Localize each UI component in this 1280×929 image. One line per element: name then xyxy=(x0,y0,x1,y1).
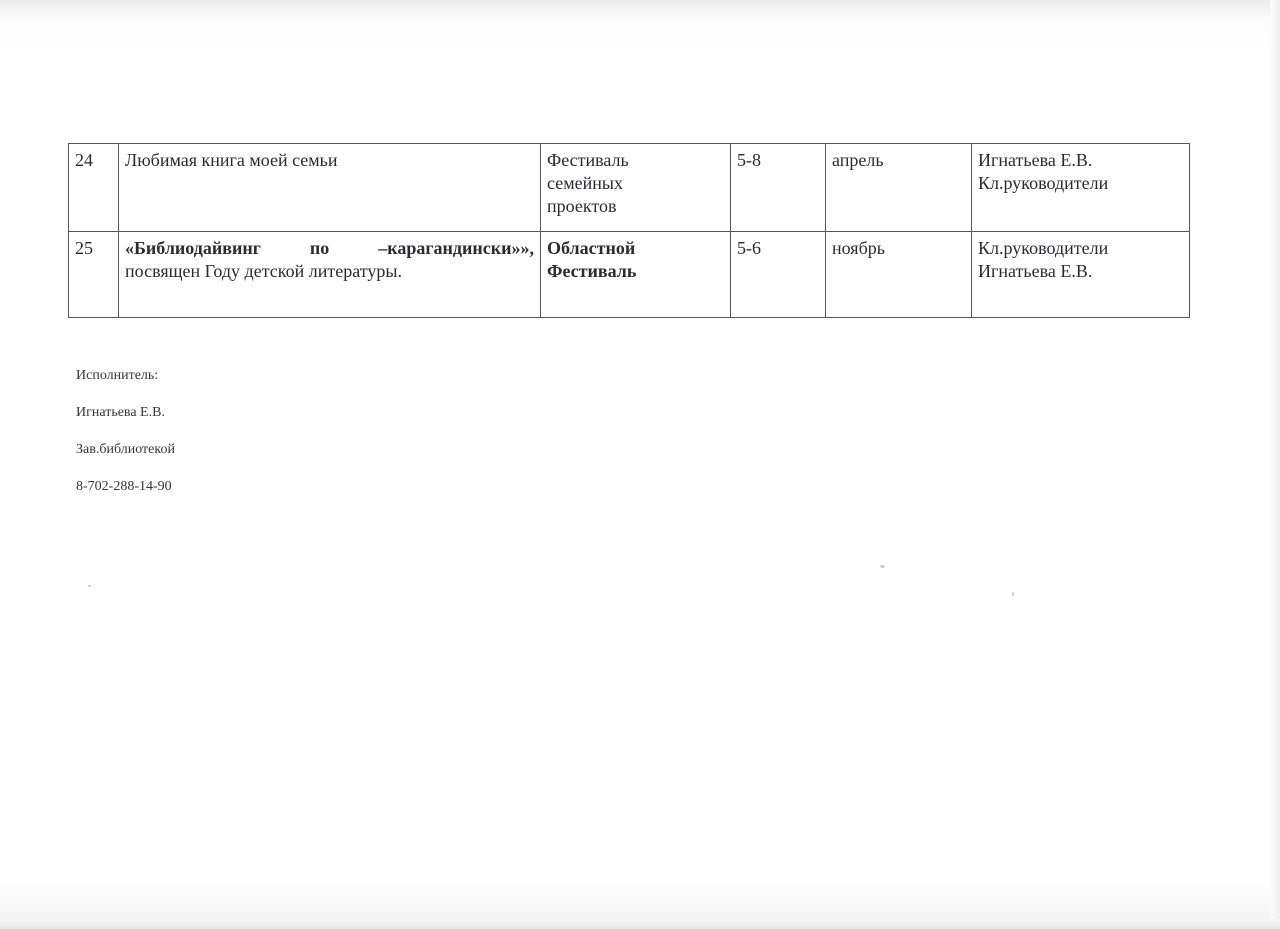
responsible-line: Кл.руководители xyxy=(978,237,1183,260)
event-grades: 5-8 xyxy=(731,144,826,232)
scanned-page: 24 Любимая книга моей семьи Фестиваль се… xyxy=(0,0,1280,929)
scan-speck xyxy=(880,565,885,568)
event-form-line: Фестиваль xyxy=(547,149,724,172)
page-edge-top xyxy=(0,0,1280,18)
page-edge-bottom xyxy=(0,919,1280,929)
event-name-line: Любимая книга моей семьи xyxy=(125,150,338,170)
event-month: ноябрь xyxy=(826,232,972,318)
event-grades: 5-6 xyxy=(731,232,826,318)
signature-block: Исполнитель: Игнатьева Е.В. Зав.библиоте… xyxy=(76,368,175,516)
executor-name: Игнатьева Е.В. xyxy=(76,405,175,421)
event-name-line: посвящен Году детской литературы. xyxy=(125,261,402,281)
event-responsible: Кл.руководители Игнатьева Е.В. xyxy=(972,232,1190,318)
table-row: 25 «Библиодайвинг по –карагандински»», п… xyxy=(69,232,1190,318)
event-form-line: Областной xyxy=(547,237,724,260)
executor-phone: 8-702-288-14-90 xyxy=(76,479,175,495)
event-responsible: Игнатьева Е.В. Кл.руководители xyxy=(972,144,1190,232)
events-table: 24 Любимая книга моей семьи Фестиваль се… xyxy=(68,143,1190,318)
executor-label: Исполнитель: xyxy=(76,368,175,384)
event-form-line: проектов xyxy=(547,195,724,218)
event-form-line: Фестиваль xyxy=(547,260,724,283)
event-form-line: семейных xyxy=(547,172,724,195)
event-name: «Библиодайвинг по –карагандински»», посв… xyxy=(119,232,541,318)
responsible-line: Кл.руководители xyxy=(978,172,1183,195)
event-form: Областной Фестиваль xyxy=(541,232,731,318)
responsible-line: Игнатьева Е.В. xyxy=(978,260,1183,283)
row-number: 24 xyxy=(69,144,119,232)
row-number: 25 xyxy=(69,232,119,318)
event-month: апрель xyxy=(826,144,972,232)
event-name: Любимая книга моей семьи xyxy=(119,144,541,232)
scan-speck xyxy=(88,585,91,587)
event-form: Фестиваль семейных проектов xyxy=(541,144,731,232)
table-row: 24 Любимая книга моей семьи Фестиваль се… xyxy=(69,144,1190,232)
scan-speck xyxy=(1012,592,1014,596)
page-edge-right xyxy=(1270,0,1280,929)
executor-position: Зав.библиотекой xyxy=(76,442,175,458)
responsible-line: Игнатьева Е.В. xyxy=(978,149,1183,172)
event-name-title: «Библиодайвинг по –карагандински»», xyxy=(125,237,534,260)
